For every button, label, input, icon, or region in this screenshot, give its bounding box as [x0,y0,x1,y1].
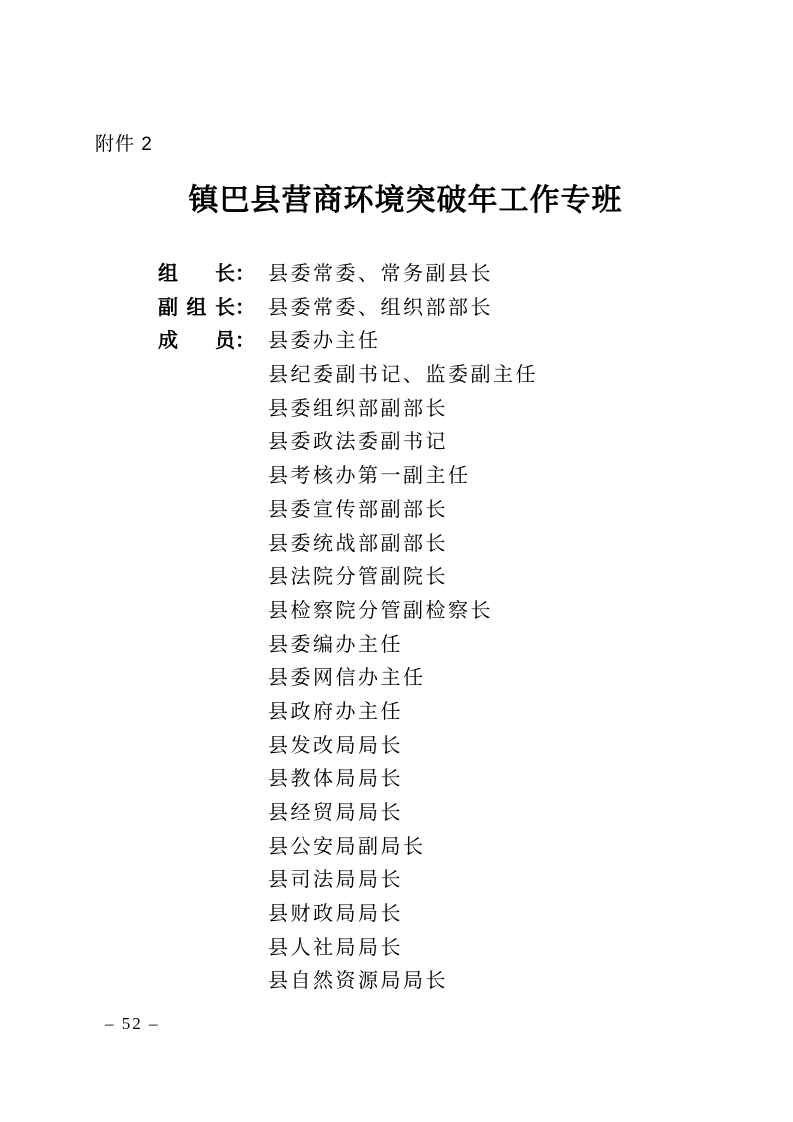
role-value: 县委办主任 [268,325,381,359]
member-line: 县委组织部副部长 [0,393,793,427]
member-text: 县委组织部副部长 [268,393,448,427]
member-line: 县经贸局局长 [0,797,793,831]
role-label: 组长 [158,258,235,292]
member-text: 县委政法委副书记 [268,426,448,460]
member-text: 县委统战部副部长 [268,528,448,562]
role-label-char: 组 [158,258,178,292]
role-colon: ： [235,325,268,359]
member-text: 县委网信办主任 [268,662,426,696]
member-text: 县经贸局局长 [268,797,403,831]
member-text: 县委编办主任 [268,629,403,663]
role-label-char: 长 [215,258,235,292]
member-text: 县法院分管副院长 [268,561,448,595]
role-line: 副组长：县委常委、组织部部长 [0,292,793,326]
roster-body: 组长：县委常委、常务副县长副组长：县委常委、组织部部长成员：县委办主任 县纪委副… [0,258,793,999]
page-number: – 52 – [105,1014,160,1034]
member-text: 县发改局局长 [268,730,403,764]
member-line: 县政府办主任 [0,696,793,730]
member-text: 县人社局局长 [268,932,403,966]
member-line: 县人社局局长 [0,932,793,966]
member-line: 县委网信办主任 [0,662,793,696]
member-line: 县教体局局长 [0,763,793,797]
member-text: 县政府办主任 [268,696,403,730]
member-text: 县检察院分管副检察长 [268,595,493,629]
role-label: 副组长 [158,292,235,326]
member-line: 县检察院分管副检察长 [0,595,793,629]
role-label-char: 成 [158,325,178,359]
role-label-char: 员 [215,325,235,359]
attachment-label: 附件 2 [95,131,153,158]
member-text: 县自然资源局局长 [268,965,448,999]
role-label-char: 副 [158,292,178,326]
member-line: 县考核办第一副主任 [0,460,793,494]
member-line: 县纪委副书记、监委副主任 [0,359,793,393]
roles-list: 组长：县委常委、常务副县长副组长：县委常委、组织部部长成员：县委办主任 [0,258,793,359]
members-list: 县纪委副书记、监委副主任县委组织部副部长县委政法委副书记县考核办第一副主任县委宣… [0,359,793,999]
member-line: 县委统战部副部长 [0,528,793,562]
member-text: 县财政局局长 [268,898,403,932]
role-line: 组长：县委常委、常务副县长 [0,258,793,292]
member-text: 县纪委副书记、监委副主任 [268,359,538,393]
role-colon: ： [235,258,268,292]
member-line: 县财政局局长 [0,898,793,932]
member-text: 县教体局局长 [268,763,403,797]
member-line: 县法院分管副院长 [0,561,793,595]
member-line: 县发改局局长 [0,730,793,764]
role-colon: ： [235,292,268,326]
document-title: 镇巴县营商环境突破年工作专班 [0,180,793,222]
member-text: 县考核办第一副主任 [268,460,471,494]
member-line: 县委政法委副书记 [0,426,793,460]
member-text: 县委宣传部副部长 [268,494,448,528]
member-line: 县司法局局长 [0,864,793,898]
role-value: 县委常委、常务副县长 [268,258,493,292]
member-line: 县公安局副局长 [0,831,793,865]
document-page: 附件 2 镇巴县营商环境突破年工作专班 组长：县委常委、常务副县长副组长：县委常… [0,0,793,1122]
member-line: 县委编办主任 [0,629,793,663]
role-label-char: 长 [215,292,235,326]
role-label: 成员 [158,325,235,359]
role-line: 成员：县委办主任 [0,325,793,359]
member-line: 县委宣传部副部长 [0,494,793,528]
member-text: 县公安局副局长 [268,831,426,865]
member-line: 县自然资源局局长 [0,965,793,999]
member-text: 县司法局局长 [268,864,403,898]
role-label-char: 组 [187,292,207,326]
role-value: 县委常委、组织部部长 [268,292,493,326]
